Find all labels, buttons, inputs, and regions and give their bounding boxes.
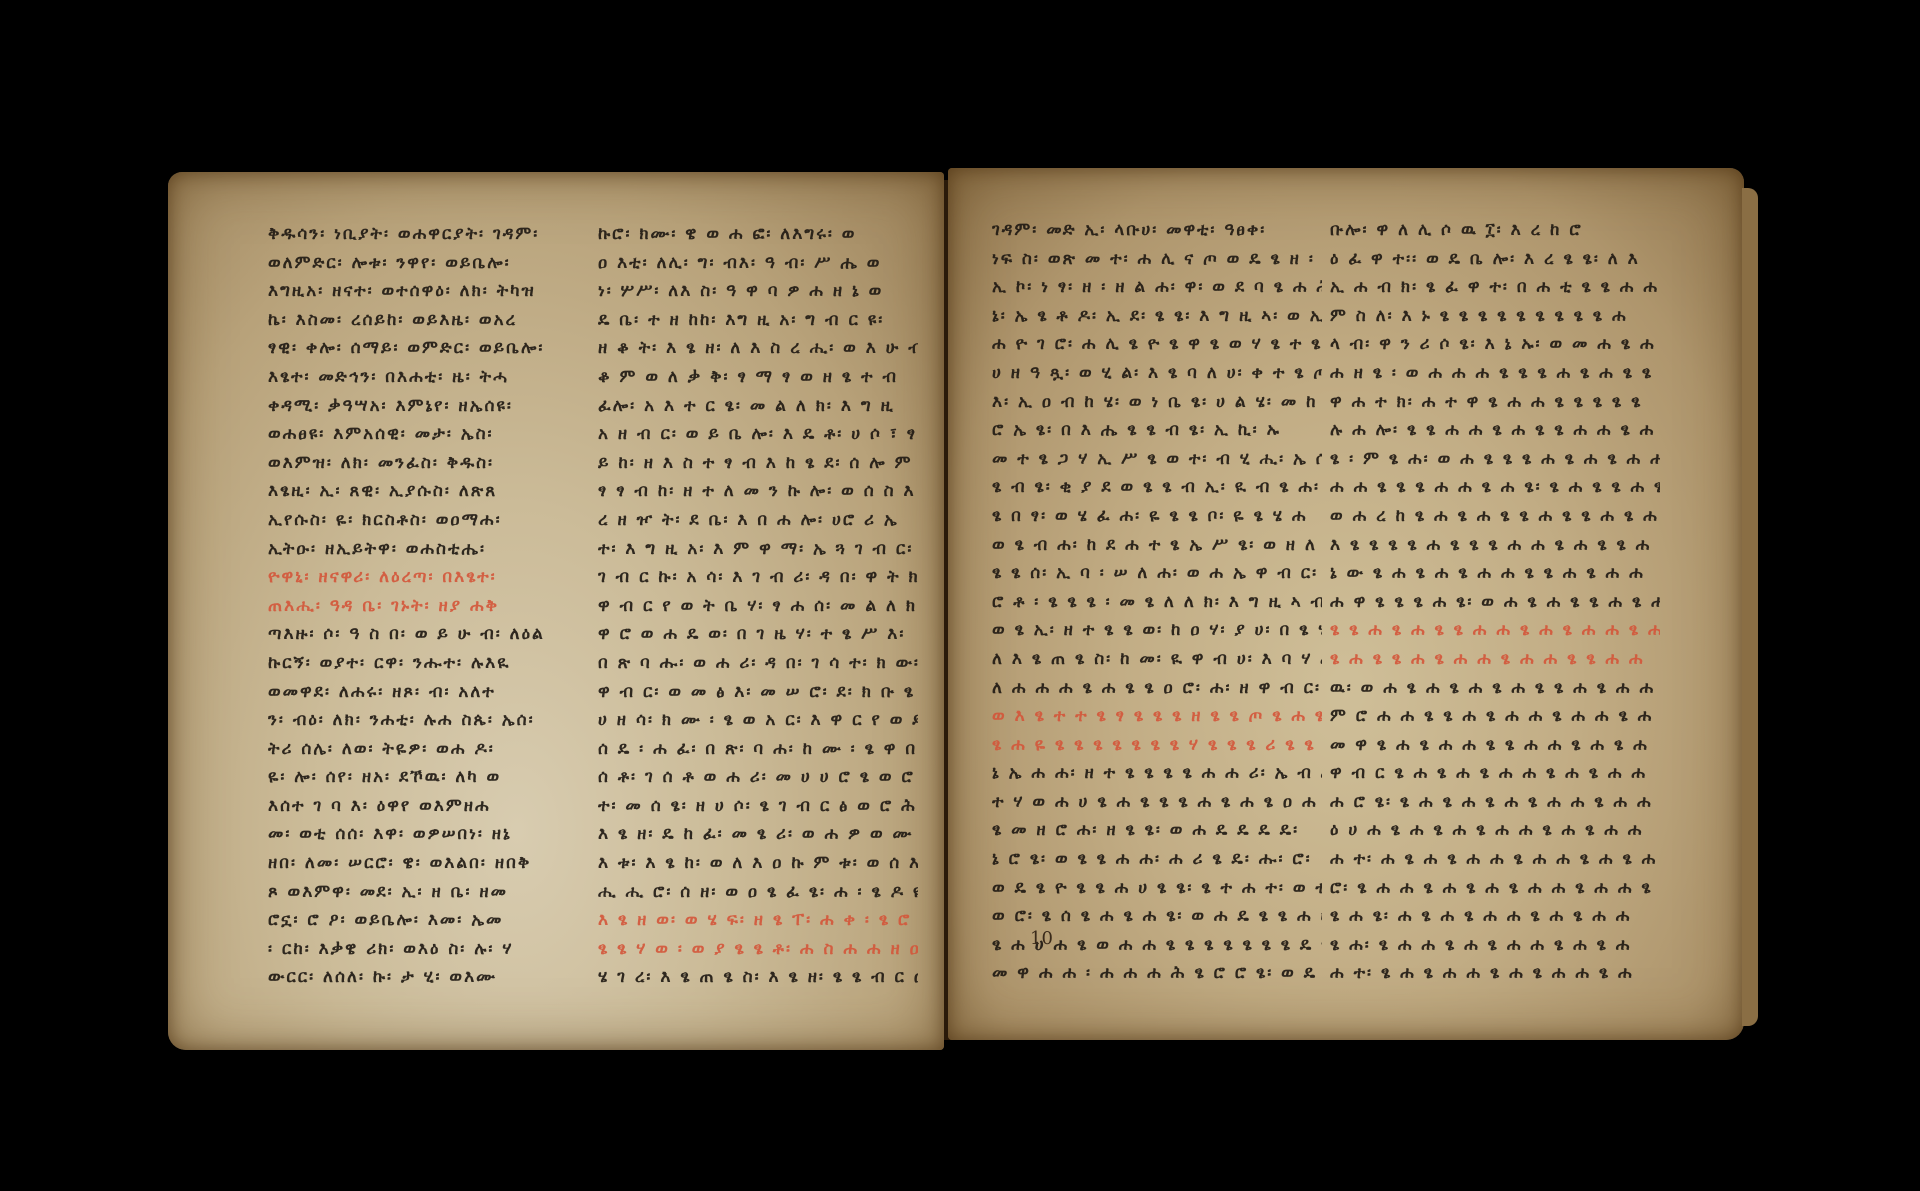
text-line: ሐ ሐ ፄ ፄ ፄ ሐ ሐ ፄ ሐ ፄ፡ ፄ ሐ ፄ ፄ ሐ ፄ xyxy=(1330,473,1660,502)
text-line: ኩርኝ፡ ወያተ፡ ርዋ፡ ንሑተ፡ ሉእዪ xyxy=(268,649,586,678)
text-line: ፡ ርከ፡ እቃዌ ሪክ፡ ወእዕ ስ፡ ሉ፡ ሃ xyxy=(268,935,586,964)
text-line: ቅዱሳን፡ ነቢያት፡ ወሐዋርያት፡ ገዳም፡ xyxy=(268,220,586,249)
text-line: ወ ዴ ፄ ዮ ፄ ፄ ሐ ሀ ፄ ፄ፡ ፄ ተ ሐ ተ፡ ወ ተ ዴ xyxy=(992,874,1322,903)
right-page: ገዳም፡ መድ ኢ፡ ላቡሀ፡ መዋቲ፡ ዓፀቀ፡ነፍ ስ፡ ወጽ መ ተ፡ ሐ… xyxy=(948,168,1744,1040)
text-line: እሰተ ገ ባ እ፡ ዕዋየ ወእምዘሐ xyxy=(268,792,586,821)
text-line: ለ ሐ ሐ ሐ ፄ ሐ ፄ ፄ ዐ ሮ፡ ሐ፡ ዘ ዋ ብ ር፡ እ ፄ ፄ ዐ… xyxy=(992,674,1322,703)
text-line: ሰ ዴ ፡ ሐ ፈ፡ በ ጽ፡ ባ ሐ፡ ከ ሙ ፡ ፄ ዋ በ ር ወ xyxy=(598,735,918,764)
text-line: ሄ ገ ረ፡ እ ፄ ጠ ፄ ስ፡ እ ፄ ዘ፡ ፄ ፄ ብ ር ዐ ሀ xyxy=(598,963,918,992)
text-line: ዉ፡ ወ ሐ ፄ ሐ ፄ ሐ ፄ ሐ ፄ ፄ ሐ ፄ ሐ ሐ xyxy=(1330,674,1660,703)
text-line: ይ ከ፡ ዘ እ ስ ተ ፃ ብ እ ከ ፄ ደ፡ ሰ ሎ ም xyxy=(598,449,918,478)
text-line: ሐ ሮ ፄ፡ ፄ ሐ ፄ ሐ ፄ ሐ ፄ ሐ ሐ ፄ ሐ ሐ xyxy=(1330,788,1660,817)
text-line: ዋ ሮ ወ ሐ ዴ ወ፡ በ ገ ዜ ሃ፡ ተ ፄ ሥ እ፡ xyxy=(598,620,918,649)
text-line: ም ስ ለ፡ እ ኑ ፄ ፄ ፄ ፄ ፄ ፄ ፄ ፄ ፄ ሐ xyxy=(1330,302,1660,331)
text-line: ዐ እቲ፡ ለሊ፡ ግ፡ ብእ፡ ዓ ብ፡ ሥ ሔ ወ xyxy=(598,249,918,278)
text-line: ዘበ፡ ለመ፡ ሠርሮ፡ ዌ፡ ወእልበ፡ ዘበቅ xyxy=(268,849,586,878)
text-line: መ ዋ ሐ ሐ ፡ ሐ ሐ ሐ ሕ ፄ ሮ ሮ ፄ፡ ወ ዴ xyxy=(992,959,1322,988)
rubric-text-line: ፄ ሐ ፄ ፄ ሐ ፄ ሐ ሐ ፄ ሐ ሐ ፄ ፄ ሐ ሐ xyxy=(1330,645,1660,674)
text-line: መ ዋ ፄ ሐ ፄ ሐ ሐ ፄ ፄ ሐ ሐ ፄ ሐ ፄ ሐ xyxy=(1330,731,1660,760)
text-line: ገዳም፡ መድ ኢ፡ ላቡሀ፡ መዋቲ፡ ዓፀቀ፡ xyxy=(992,216,1322,245)
text-line: ሐ ዋ ፄ ፄ ፄ ሐ ፄ፡ ወ ሐ ፄ ሐ ፄ ፄ ሐ ፄ ሐ xyxy=(1330,588,1660,617)
right-page-column-2: ቡሎ፡ ዋ ለ ሊ ሶ ዉ ፲፡ እ ረ ከ ሮዕ ፈ ዋ ተ፡፡ ወ ዴ ቤ … xyxy=(1330,216,1660,988)
text-line: ዋ ሐ ተ ክ፡ ሐ ተ ዋ ፄ ሐ ሐ ፄ ፄ ፄ ፄ ፄ xyxy=(1330,388,1660,417)
text-line: ዕ ሀ ሐ ፄ ሐ ፄ ሐ ፄ ሐ ሐ ፄ ሐ ፄ ሐ ሐ xyxy=(1330,816,1660,845)
rubric-text-line: እ ፄ ዘ ወ፡ ወ ሄ ፍ፡ ዘ ፄ ፐ፡ ሐ ቀ ፡ ፄ ሮ xyxy=(598,906,918,935)
text-line: ፄ ብ ፄ፡ ቂ ያ ደ ወ ፄ ፄ ብ ኢ፡ ዪ ብ ፄ ሐ፡ xyxy=(992,473,1322,502)
text-line: እግዚአ፡ ዘናተ፡ ወተሰዋዕ፡ ለክ፡ ትካዝ xyxy=(268,277,586,306)
text-line: ኔ፡ ኤ ፄ ቶ ዶ፡ ኢ ደ፡ ፄ ፄ፡ እ ግ ዚ ኣ፡ ወ ኢ ዮ xyxy=(992,302,1322,331)
rubric-text-line: ፄ ሐ ዬ ፄ ፄ ፄ ፄ ፄ ፄ ፄ ሃ ፄ ፄ ፄ ሪ ፄ ፄ xyxy=(992,731,1322,760)
text-line: ነፍ ስ፡ ወጽ መ ተ፡ ሐ ሊ ና ጦ ወ ዴ ፄ ዘ ፡ ዜ xyxy=(992,245,1322,274)
text-line: እ ቱ፡ እ ፄ ከ፡ ወ ለ እ ዐ ኩ ም ቱ፡ ወ ሰ እ ግ ዚ ሐ xyxy=(598,849,918,878)
text-line: ፈሎ፡ አ እ ተ ር ፄ፡ መ ል ለ ክ፡ እ ግ ዚ xyxy=(598,392,918,421)
text-line: ወ ሮ፡ ፄ ሰ ፄ ሐ ፄ ሐ ፄ፡ ወ ሐ ዴ ፄ ፄ ሐ ሀ xyxy=(992,902,1322,931)
text-line: ገ ብ ር ኩ፡ አ ሳ፡ እ ገ ብ ሪ፡ ዳ በ፡ ዋ ት ክ ት፡ xyxy=(598,563,918,592)
text-line: ሮ ቶ ፡ ፄ ፄ ፄ ፡ መ ፄ ለ ለ ክ፡ እ ግ ዚ ኣ ብ ሐ ሮ፡ xyxy=(992,588,1322,617)
text-line: ዕ ፈ ዋ ተ፡፡ ወ ዴ ቤ ሎ፡ እ ረ ፄ ፄ፡ ለ እ xyxy=(1330,245,1660,274)
left-page-column-1: ቅዱሳን፡ ነቢያት፡ ወሐዋርያት፡ ገዳም፡ወለምድር፡ ሎቱ፡ ንዋየ፡ … xyxy=(268,220,586,992)
text-line: ሐ ተ፡ ፄ ሐ ፄ ሐ ሐ ፄ ሐ ፄ ሐ ሐ ፄ ሐ xyxy=(1330,959,1660,988)
text-line: ወእምዝ፡ ለክ፡ መንፈስ፡ ቅዱስ፡ xyxy=(268,449,586,478)
text-line: ኩሮ፡ ክሙ፡ ዌ ወ ሐ ፎ፡ ለእግሩ፡ ወ xyxy=(598,220,918,249)
text-line: ኢ ኮ፡ ነ ፃ፡ ዘ ፡ ዘ ል ሐ፡ ዋ፡ ወ ደ ባ ፄ ሐ ሕ xyxy=(992,273,1322,302)
text-line: ሮ፡ ፄ ሐ ሐ ፄ ሐ ፄ ሐ ፄ ሐ ሐ ፄ ሐ ሐ ፄ xyxy=(1330,874,1660,903)
text-line: ኔ ው ፄ ሐ ፄ ሐ ፄ ሐ ሐ ፄ ፄ ሐ ፄ ሐ ሐ xyxy=(1330,559,1660,588)
rubric-text-line: ዮዋኒ፡ ዘናዋሪ፡ ለዕረጣ፡ በእፄተ፡ xyxy=(268,563,586,592)
text-line: እፄተ፡ መድኅን፡ በእሐቲ፡ ዜ፡ ትሓ xyxy=(268,363,586,392)
text-line: ቆ ም ወ ለ ቃ ቅ፡ ፃ ማ ፃ ወ ዘ ፄ ተ ብ xyxy=(598,363,918,392)
text-line: ረ ዘ ዦ ት፡ ደ ቤ፡ እ በ ሐ ሎ፡ ሀሮ ሪ ኤ xyxy=(598,506,918,535)
text-line: እ ፄ ፄ ፄ ፄ ሐ ፄ ፄ ፄ ሐ ሐ ፄ ሐ ፄ ፄ ሐ xyxy=(1330,531,1660,560)
text-line: ፄ ሐ፡ ፄ ሐ ሐ ፄ ሐ ፄ ሐ ሐ ፄ ሐ ፄ ሐ xyxy=(1330,931,1660,960)
text-line: ላ ብ፡ ዋ ን ሪ ሶ ፄ፡ እ ኔ ኡ፡ ወ መ ሐ ፄ ሐ ሐ፡ xyxy=(1330,330,1660,359)
rubric-text-line: ፄ ፄ ሐ ፄ ሐ ፄ ፄ ሐ ሐ ፄ ሐ ፄ ሐ ሐ ፄ ሐ xyxy=(1330,616,1660,645)
rubric-text-line: ወ እ ፄ ተ ተ ፄ ፃ ፄ ፄ ፄ ዘ ፄ ፄ ጦ ፄ ሐ ፄ ፄ xyxy=(992,702,1322,731)
text-line: ም ሮ ሐ ሐ ፄ ፄ ሐ ፄ ሐ ሐ ፄ ሐ ሐ ፄ ሐ xyxy=(1330,702,1660,731)
text-line: ወ ፄ ብ ሐ፡ ከ ደ ሐ ተ ፄ ኤ ሥ ፄ፡ ወ ዘ ለ ፄ ፄ xyxy=(992,531,1322,560)
text-line: ዘ ቆ ት፡ እ ፄ ዘ፡ ለ እ ስ ረ ሒ፡ ወ እ ሁ ብ xyxy=(598,334,918,363)
text-line: እ ፄ ዘ፡ ዴ ከ ፈ፡ መ ፄ ሪ፡ ወ ሐ ዎ ወ ሙ ፡ ወ xyxy=(598,820,918,849)
text-line: ኢየሱስ፡ ዬ፡ ክርስቶስ፡ ወዐማሐ፡ xyxy=(268,506,586,535)
text-line: ሰ ቶ፡ ገ ሰ ቶ ወ ሐ ሪ፡ መ ሀ ሀ ሮ ፄ ወ ሮ ሮ፡ xyxy=(598,763,918,792)
text-line: በ ጽ ባ ሑ፡ ወ ሐ ሪ፡ ዳ በ፡ ገ ሳ ተ፡ ክ ው፡ ክ በ ፅ xyxy=(598,649,918,678)
text-line: ሒ ሒ ሮ፡ ሰ ዘ፡ ወ ዐ ፄ ፈ ፄ፡ ሐ ፡ ፄ ዶ ዪ xyxy=(598,878,918,907)
text-line: ኢትዑ፡ ዘኢይትዋ፡ ወሐስቲሔ፡ xyxy=(268,535,586,564)
text-line: ፃዊ፡ ቀሎ፡ ሰማይ፡ ወምድር፡ ወይቤሎ፡ xyxy=(268,334,586,363)
left-page: ቅዱሳን፡ ነቢያት፡ ወሐዋርያት፡ ገዳም፡ወለምድር፡ ሎቱ፡ ንዋየ፡ … xyxy=(168,172,944,1050)
text-line: ሉ ሐ ሎ፡ ፄ ፄ ሐ ሐ ፄ ሐ ፄ ፄ ሐ ሐ ፄ ሐ ፄ xyxy=(1330,416,1660,445)
text-line: ሮ ኤ ፄ፡ በ እ ሔ ፄ ፄ ብ ፄ፡ ኢ ኪ፡ ኡ xyxy=(992,416,1322,445)
text-line: ተ፡ መ ሰ ፄ፡ ዘ ሀ ሶ፡ ፄ ገ ብ ር ፅ ወ ሮ ሕ ፃ፡ xyxy=(598,792,918,821)
text-line: ወሐፀዩ፡ እምአሰዊ፡ መታ፡ ኤስ፡ xyxy=(268,420,586,449)
text-line: ቀዳሚ፡ ቃዓሣአ፡ እምኔየ፡ ዘኤሰዩ፡ xyxy=(268,392,586,421)
text-line: ወ ሐ ረ ከ ፄ ሐ ፄ ሐ ፄ ፄ ሐ ፄ ፄ ሐ ፄ ሐ ፄ xyxy=(1330,502,1660,531)
text-line: ኬ፡ እስመ፡ ረሰይከ፡ ወይእዜ፡ ወአረ xyxy=(268,306,586,335)
right-page-column-1: ገዳም፡ መድ ኢ፡ ላቡሀ፡ መዋቲ፡ ዓፀቀ፡ነፍ ስ፡ ወጽ መ ተ፡ ሐ… xyxy=(992,216,1322,988)
page-stack-edge xyxy=(1742,188,1758,1026)
text-line: ወመዋደ፡ ለሐሩ፡ ዘጾ፡ ብ፡ አለተ xyxy=(268,678,586,707)
text-line: እ፡ ኢ ዐ ብ ከ ሄ፡ ወ ነ ቤ ፄ፡ ሀ ል ሄ፡ መ ከ ፄ፡ xyxy=(992,388,1322,417)
rubric-text-line: ፄ ፄ ሃ ወ ፡ ወ ያ ፄ ፄ ቶ፡ ሐ ስ ሐ ሐ ዘ ዐ xyxy=(598,935,918,964)
text-line: ጣእዙ፡ ሶ፡ ዓ ስ በ፡ ወ ይ ሁ ብ፡ ለዕል xyxy=(268,620,586,649)
rubric-text-line: ጠእሒ፡ ዓዳ ቤ፡ ገኑት፡ ዘያ ሐቅ xyxy=(268,592,586,621)
text-line: ሀ ዘ ሳ፡ ክ ሙ ፡ ፄ ወ አ ር፡ እ ዋ ር የ ወ ደ ቤ xyxy=(598,706,918,735)
text-line: ፄ መ ዘ ሮ ሐ፡ ዘ ፄ ፄ፡ ወ ሐ ዴ ዴ ዴ ዴ፡ xyxy=(992,816,1322,845)
text-line: ሀ ዘ ዓ ጿ፡ ወ ሂ ል፡ እ ፄ ባ ለ ሀ፡ ቀ ተ ፄ ጦ xyxy=(992,359,1322,388)
text-line: ፄ በ ፃ፡ ወ ሄ ፈ ሐ፡ ዬ ፄ ፄ ቦ፡ ዬ ፄ ሄ ሐ xyxy=(992,502,1322,531)
text-line: መ፡ ወቲ ሰሰ፡ እዋ፡ ወዎሠበነ፡ ዘኔ xyxy=(268,820,586,849)
text-line: ሐ ተ፡ ሐ ፄ ሐ ፄ ሐ ሐ ፄ ሐ ሐ ፄ ሐ ፄ ሐ xyxy=(1330,845,1660,874)
left-page-column-2: ኩሮ፡ ክሙ፡ ዌ ወ ሐ ፎ፡ ለእግሩ፡ ወዐ እቲ፡ ለሊ፡ ግ፡ ብእ፡… xyxy=(598,220,918,992)
text-line: እፄዚ፡ ኢ፡ ጸዊ፡ ኢያሱስ፡ ለጽጸ xyxy=(268,477,586,506)
text-line: ጾ ወእምዋ፡ መደ፡ ኢ፡ ዘ ቤ፡ ዘመ xyxy=(268,878,586,907)
text-line: ለ እ ፄ ጠ ፄ ስ፡ ከ መ፡ ዪ ዋ ብ ሀ፡ እ ባ ሃ ሐ ሀ ዐ xyxy=(992,645,1322,674)
text-line: ዬ፡ ሎ፡ ሰየ፡ ዘአ፡ ደኾዉ፡ ለካ ወ xyxy=(268,763,586,792)
text-line: ፃ ፃ ብ ከ፡ ዘ ተ ለ መ ን ኩ ሎ፡ ወ ሰ ስ እ ስ xyxy=(598,477,918,506)
text-line: አ ዘ ብ ር፡ ወ ይ ቤ ሎ፡ እ ዴ ቶ፡ ሀ ሶ ፣ ፃ xyxy=(598,420,918,449)
text-line: ዋ ብ ር ፄ ሐ ፄ ሐ ፄ ሐ ሐ ፄ ሐ ፄ ሐ ሐ xyxy=(1330,759,1660,788)
text-line: ኔ ሮ ፄ፡ ወ ፄ ፄ ሐ ሐ፡ ሐ ሪ ፄ ዴ፡ ሑ፡ ሮ፡ xyxy=(992,845,1322,874)
text-line: ነ፡ ሦሥ፡ ለእ ስ፡ ዓ ዋ ባ ዎ ሐ ዘ ኔ ወ xyxy=(598,277,918,306)
text-line: ተ ሃ ወ ሐ ሀ ፄ ሐ ፄ ፄ ፄ ሐ ፄ ሐ ፄ ዐ ሐ ሐ xyxy=(992,788,1322,817)
text-line: ን፡ ብዕ፡ ለክ፡ ንሐቲ፡ ሉሐ ስጴ፡ ኤሰ፡ xyxy=(268,706,586,735)
text-line: ውርር፡ ለሰለ፡ ኩ፡ ታ ሂ፡ ወእሙ xyxy=(268,963,586,992)
text-line: ሮኗ፡ ሮ ዖ፡ ወይቤሎ፡ እመ፡ ኤመ xyxy=(268,906,586,935)
text-line: ወ ፄ ኢ፡ ዘ ተ ፄ ፄ ወ፡ ከ ዐ ሃ፡ ያ ሀ፡ በ ፄ ሃ ፄ xyxy=(992,616,1322,645)
text-line: መ ተ ፄ ጋ ሃ ኢ ሥ ፄ ወ ተ፡ ብ ሂ ሒ፡ ኤ ሰ ም xyxy=(992,445,1322,474)
text-line: ኢ ሐ ብ ክ፡ ፄ ፈ ዋ ተ፡ በ ሐ ቲ ፄ ፄ ሐ ሐ xyxy=(1330,273,1660,302)
text-line: ትሪ ሰሌ፡ ለወ፡ ትዬዎ፡ ወሐ ዶ፡ xyxy=(268,735,586,764)
text-line: ፄ ሐ ፄ፡ ሐ ፄ ሐ ፄ ሐ ሐ ፄ ሐ ፄ ሐ ሐ xyxy=(1330,902,1660,931)
text-line: ኔ ኤ ሐ ሐ፡ ዘ ተ ፄ ፄ ፄ ፄ ሐ ሐ ሪ፡ ኤ ብ ሐ ፄ፡ xyxy=(992,759,1322,788)
text-line: ሐ ዘ ፄ ፡ ወ ሐ ሐ ሐ ፄ ፄ ፄ ሐ ፄ ሐ ፄ ፄ ፄ xyxy=(1330,359,1660,388)
text-line: ዋ ብ ር፡ ወ መ ፅ እ፡ መ ሠ ሮ፡ ደ፡ ክ ቡ ፄ xyxy=(598,678,918,707)
folio-number: 10 xyxy=(1030,928,1053,949)
text-line: ተ፡ እ ግ ዚ አ፡ እ ም ዋ ማ፡ ኤ ጓ ገ ብ ር፡ ዘ xyxy=(598,535,918,564)
text-line: ፄ ፄ ሰ፡ ኢ ባ ፡ ሠ ለ ሐ፡ ወ ሐ ኤ ዋ ብ ር፡ ሀ xyxy=(992,559,1322,588)
text-line: ሐ ዮ ገ ሮ፡ ሐ ሊ ፄ ዮ ፄ ዋ ፄ ወ ሃ ፄ ተ ፄ ኢ ዋ ብ ፄ xyxy=(992,330,1322,359)
text-line: ወለምድር፡ ሎቱ፡ ንዋየ፡ ወይቤሎ፡ xyxy=(268,249,586,278)
text-line: ዴ ቤ፡ ተ ዘ ከከ፡ እግ ዚ አ፡ ግ ብ ር ዩ፡ xyxy=(598,306,918,335)
text-line: ዋ ብ ር የ ወ ት ቤ ሃ፡ ፃ ሐ ሰ፡ መ ል ለ ክ እ xyxy=(598,592,918,621)
text-line: ቡሎ፡ ዋ ለ ሊ ሶ ዉ ፲፡ እ ረ ከ ሮ xyxy=(1330,216,1660,245)
text-line: ፄ ፡ ም ፄ ሐ፡ ወ ሐ ፄ ፄ ፄ ሐ ፄ ሐ ፄ ሐ ሐ xyxy=(1330,445,1660,474)
